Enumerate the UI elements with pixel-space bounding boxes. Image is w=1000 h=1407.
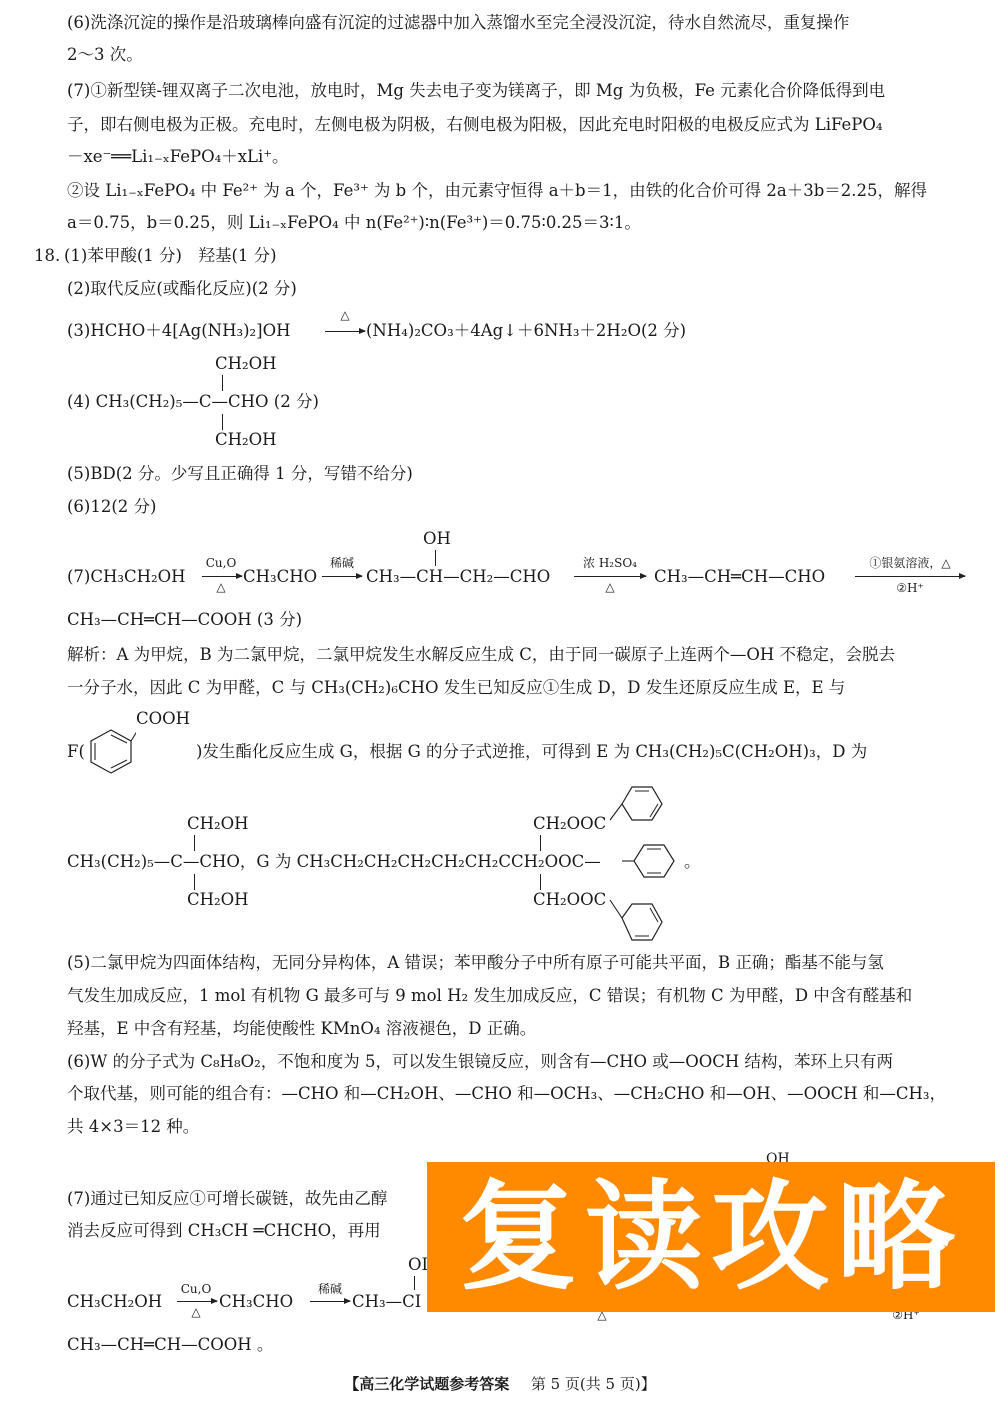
analysis-p5-line1: (5)二氯甲烷为四面体结构，无同分异构体，A 错误；苯甲酸分子中所有原子可能共平… (67, 952, 884, 974)
q18-answer-1: (1)苯甲酸(1 分) 羟基(1 分) (64, 245, 277, 267)
q18-number: 18. (34, 245, 60, 267)
p7-cond-2-top: 稀碱 (310, 1282, 350, 1296)
analysis-line-2: 一分子水，因此 C 为甲醛，C 与 CH₃(CH₂)₆CHO 发生已知反应①生成… (67, 677, 845, 699)
reaction-arrow (855, 576, 965, 577)
footer-page-number: 第 5 页(共 5 页)】 (531, 1375, 656, 1393)
route-cond-1-top: Cu,O (200, 556, 242, 570)
watermark-banner: 复读攻略 (427, 1162, 995, 1312)
p7-cond-1-top: Cu,O (175, 1282, 217, 1296)
analysis-p5-line2: 气发生加成反应，1 mol 有机物 G 最多可与 9 mol H₂ 发生加成反应… (67, 985, 912, 1007)
route-step-1: (7)CH₃CH₂OH (67, 566, 186, 588)
q17-p7-line4: ②设 Li₁₋ₓFePO₄ 中 Fe²⁺ 为 a 个，Fe³⁺ 为 b 个，由元… (67, 180, 927, 202)
p7-route-step-1: CH₃CH₂OH (67, 1291, 162, 1313)
q17-p6-line1: (6)洗涤沉淀的操作是沿玻璃棒向盛有沉淀的过滤器中加入蒸馏水至完全浸没沉淀，待水… (67, 12, 849, 34)
g-structure-bot: CH₂OOC (533, 889, 606, 911)
bond-line (414, 1276, 415, 1290)
q18-answer-3-right: (NH₄)₂CO₃＋4Ag↓＋6NH₃＋2H₂O(2 分) (366, 320, 686, 342)
page-footer: 【高三化学试题参考答案 第 5 页(共 5 页)】 (0, 1374, 1000, 1394)
d-and-g-structure: CH₃(CH₂)₅—C—CHO，G 为 CH₃CH₂CH₂CH₂CH₂CH₂CC… (67, 851, 601, 873)
route-cond-4-bot: ②H⁺ (855, 581, 965, 595)
benzene-ring-icon (622, 843, 682, 879)
g-structure-end: 。 (684, 851, 701, 873)
reaction-arrow (177, 1301, 217, 1302)
analysis-p7-line2: 消去反应可得到 CH₃CH ═CHCHO，再用 (67, 1220, 381, 1242)
analysis-p6-line3: 共 4×3＝12 种。 (67, 1116, 199, 1138)
reaction-arrow (202, 576, 242, 577)
route-cond-4-top: ①银氨溶液，△ (855, 556, 965, 570)
route-cond-1-bot: △ (200, 580, 242, 594)
bond-line (435, 550, 436, 566)
p7-route-step-3: CH₃—CI (352, 1291, 421, 1313)
bond-line (222, 414, 223, 430)
route-step-3-oh: OH (423, 528, 451, 550)
q17-p7-line5: a＝0.75，b＝0.25，则 Li₁₋ₓFePO₄ 中 n(Fe²⁺)∶n(F… (67, 212, 641, 234)
q18-answer-6: (6)12(2 分) (67, 496, 157, 518)
f-cooh-label: COOH (136, 708, 190, 730)
reaction-arrow (574, 576, 646, 577)
q17-p7-line2: 子，即右侧电极为正极。充电时，左侧电极为阴极，右侧电极为阳极，因此充电时阳极的电… (67, 114, 883, 136)
delta-condition: △ (330, 308, 360, 322)
footer-title: 【高三化学试题参考答案 (344, 1375, 509, 1393)
analysis-p7-line1: (7)通过已知反应①可增长碳链，故先由乙醇 (67, 1188, 387, 1210)
bond-line (194, 874, 195, 890)
route-cond-3-bot: △ (574, 580, 646, 594)
p7-route-step-2: CH₃CHO (219, 1291, 293, 1313)
benzene-ring-icon (86, 722, 136, 778)
bond-line (194, 835, 195, 851)
q17-p7-line1: (7)①新型镁-锂双离子二次电池，放电时，Mg 失去电子变为镁离子，即 Mg 为… (67, 80, 885, 102)
p7-cond-1-bot: △ (175, 1305, 217, 1319)
q18-a4-bot: CH₂OH (215, 429, 277, 451)
benzene-ring-icon (608, 898, 664, 944)
q17-p7-line3: －xe⁻══Li₁₋ₓFePO₄＋xLi⁺。 (67, 146, 289, 168)
analysis-line-3: )发生酯化反应生成 G，根据 G 的分子式逆推，可得到 E 为 CH₃(CH₂)… (196, 741, 867, 763)
d-structure-top: CH₂OH (187, 813, 249, 835)
q17-p6-line2: 2～3 次。 (67, 44, 143, 66)
route-cond-3-top: 浓 H₂SO₄ (574, 556, 646, 570)
analysis-p5-line3: 羟基，E 中含有羟基，均能使酸性 KMnO₄ 溶液褪色，D 正确。 (67, 1018, 536, 1040)
g-structure-top: CH₂OOC (533, 813, 606, 835)
f-prefix: F( (67, 741, 85, 763)
q18-a4-top: CH₂OH (215, 353, 277, 375)
route-cond-2-top: 稀碱 (322, 556, 362, 570)
route-step-2: CH₃CHO (243, 566, 317, 588)
reaction-arrow (322, 576, 362, 577)
analysis-p7-line4: CH₃—CH═CH—COOH 。 (67, 1334, 273, 1356)
d-structure-bot: CH₂OH (187, 889, 249, 911)
route-step-3: CH₃—CH—CH₂—CHO (366, 566, 550, 588)
route-step-5: CH₃—CH═CH—COOH (3 分) (67, 609, 302, 631)
bond-line (540, 874, 541, 890)
bond-line (540, 835, 541, 851)
reaction-arrow (310, 1301, 350, 1302)
reaction-arrow (325, 331, 365, 332)
q18-answer-4: (4) CH₃(CH₂)₅—C—CHO (2 分) (67, 391, 319, 413)
route-step-4: CH₃—CH═CH—CHO (654, 566, 825, 588)
benzene-ring-icon (608, 784, 664, 822)
q18-answer-5: (5)BD(2 分。少写且正确得 1 分，写错不给分) (67, 463, 413, 485)
bond-line (222, 375, 223, 391)
analysis-p6-line1: (6)W 的分子式为 C₈H₈O₂，不饱和度为 5，可以发生银镜反应，则含有—C… (67, 1051, 893, 1073)
analysis-p7-oh-mid: OI (408, 1254, 428, 1276)
analysis-p6-line2: 个取代基，则可能的组合有：—CHO 和—CH₂OH、—CHO 和—OCH₃、—C… (67, 1083, 946, 1105)
q18-answer-2: (2)取代反应(或酯化反应)(2 分) (67, 278, 297, 300)
q18-answer-3-left: (3)HCHO＋4[Ag(NH₃)₂]OH (67, 320, 291, 342)
analysis-line-1: 解析：A 为甲烷，B 为二氯甲烷，二氯甲烷发生水解反应生成 C，由于同一碳原子上… (67, 644, 895, 666)
